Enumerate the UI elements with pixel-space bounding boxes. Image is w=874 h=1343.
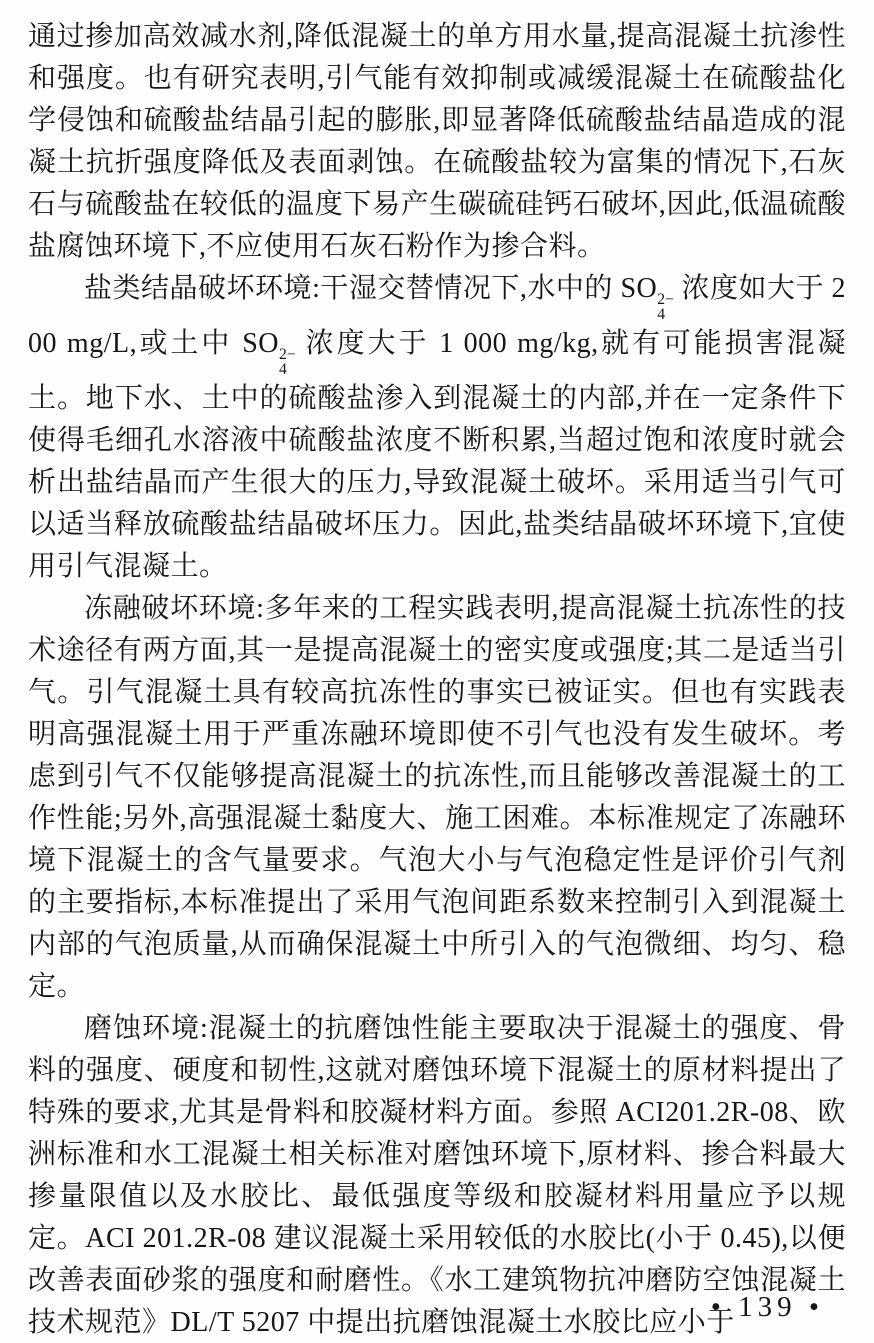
paragraph-text-segment: 浓度大于 1 000 mg/kg,就有可能损害混凝土。地下水、土中的硫酸盐渗入到… xyxy=(28,328,846,582)
formula-superscript: 2− xyxy=(279,347,296,363)
paragraph-salt-crystallization: 盐类结晶破坏环境:干湿交替情况下,水中的 SO2−4 浓度如大于 200 mg/… xyxy=(28,268,846,588)
sulfate-ion-formula: 2−4 xyxy=(657,292,674,323)
formula-subscript: 4 xyxy=(657,307,665,323)
paragraph-text-segment: 盐类结晶破坏环境:干湿交替情况下,水中的 SO xyxy=(84,273,657,304)
paragraph-freeze-thaw: 冻融破坏环境:多年来的工程实践表明,提高混凝土抗冻性的技术途径有两方面,其一是提… xyxy=(28,588,846,1008)
page-number: • 139 • xyxy=(711,1289,824,1325)
document-page: 通过掺加高效减水剂,降低混凝土的单方用水量,提高混凝土抗渗性和强度。也有研究表明… xyxy=(0,0,874,1343)
paragraph-water-reducer-sulfate: 通过掺加高效减水剂,降低混凝土的单方用水量,提高混凝土抗渗性和强度。也有研究表明… xyxy=(28,16,846,268)
formula-superscript: 2− xyxy=(657,292,674,308)
formula-subscript: 4 xyxy=(279,362,287,378)
sulfate-ion-formula: 2−4 xyxy=(279,347,296,378)
body-text: 通过掺加高效减水剂,降低混凝土的单方用水量,提高混凝土抗渗性和强度。也有研究表明… xyxy=(28,16,846,1343)
